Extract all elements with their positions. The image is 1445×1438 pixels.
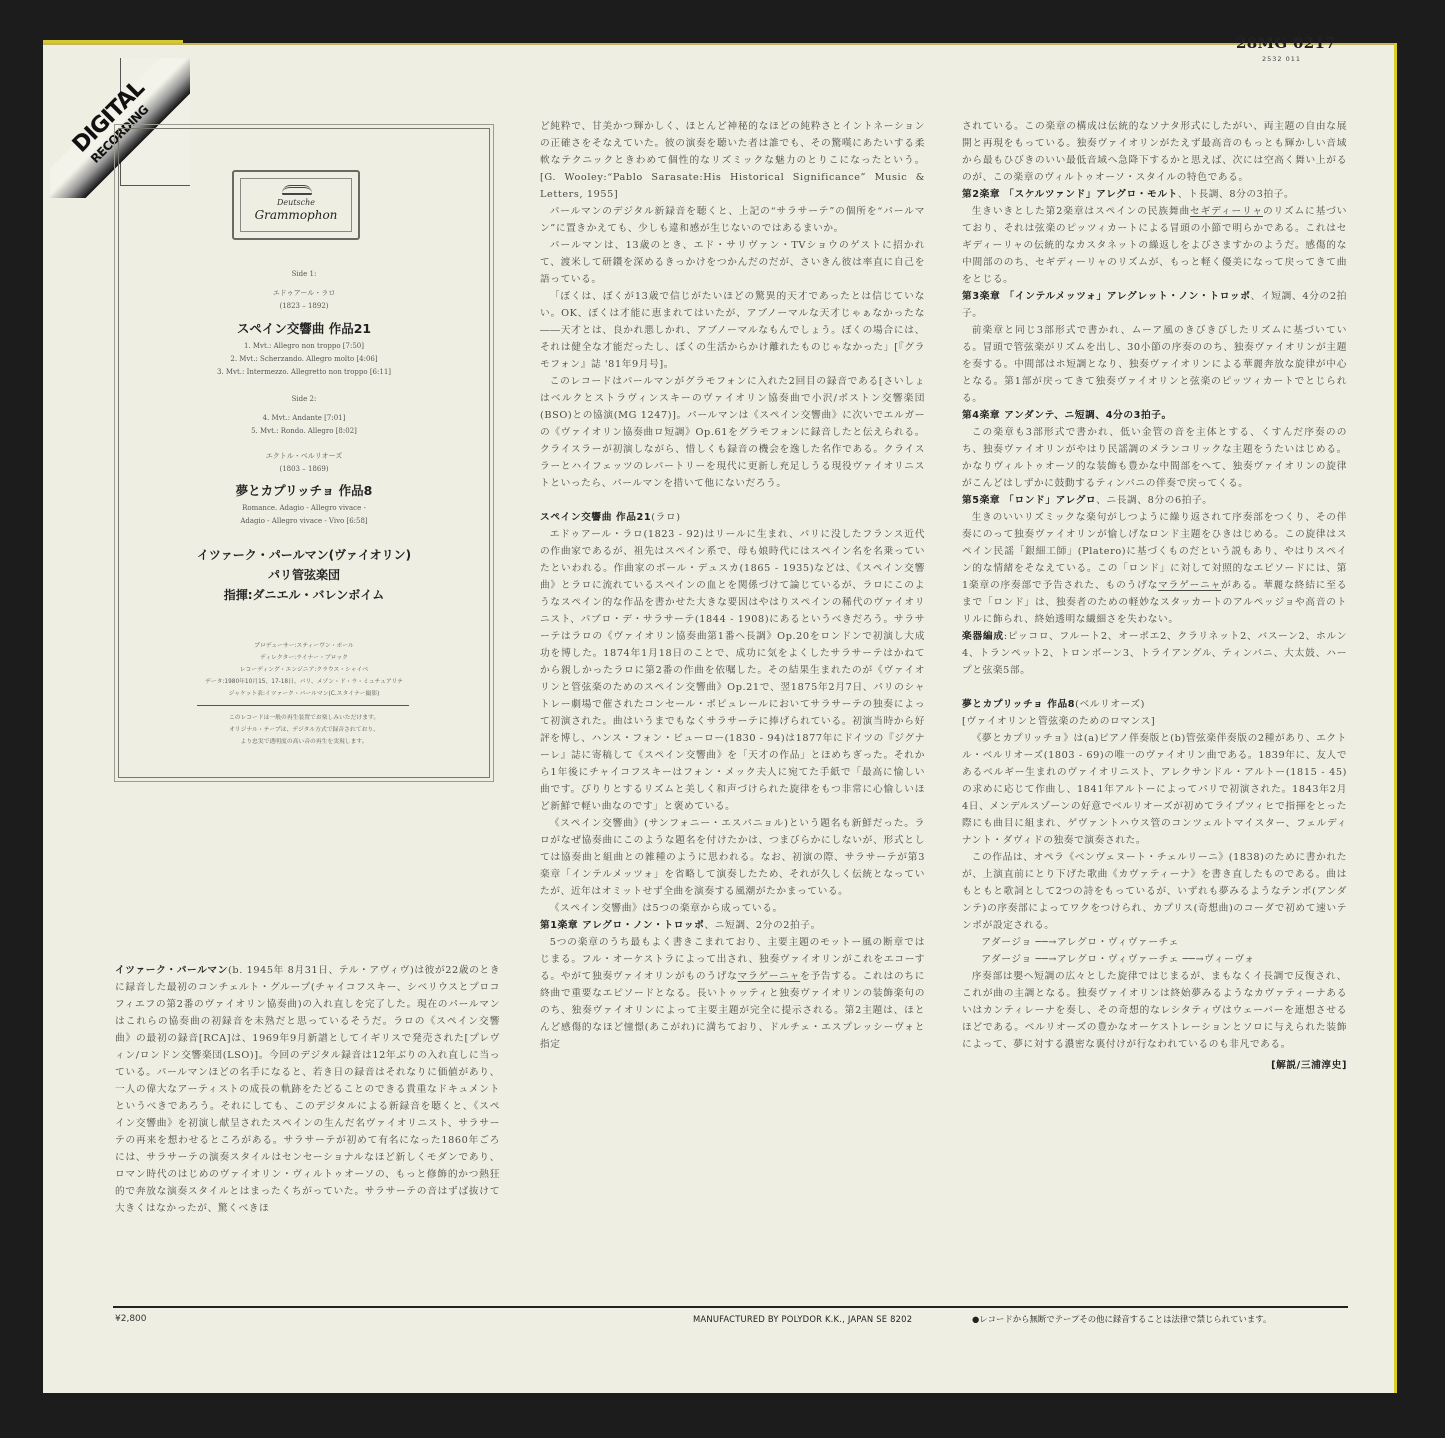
paragraph: 前楽章と同じ3部形式で書かれ、ムーア風のきびきびしたリズムに基づいている。冒頭で… <box>962 322 1347 407</box>
paragraph: パールマンのデジタル新録音を聴くと、上記の“サラサーテ”の個所を“パールマン”に… <box>540 203 925 237</box>
movement-5-heading: 第5楽章 「ロンド」アレグロ <box>962 495 1096 506</box>
section-heading-suffix: (ラロ) <box>651 512 680 523</box>
copyright-warning: ●レコードから無断でテープその他に録音することは法律で禁じられています。 <box>972 1313 1271 1325</box>
movement-1-suffix: 、ニ短調、2分の2拍子。 <box>704 920 820 931</box>
bio-body: (b. 1945年 8月31日、テル・アヴィヴ)は彼が22歳のときに録音した最初… <box>115 965 500 1214</box>
side1-label: Side 1: <box>119 268 489 280</box>
catalog-block: 28MG 0217 2532 011 <box>1236 34 1336 63</box>
side1-track: 3. Mvt.: Intermezzo. Allegretto non trop… <box>119 366 489 378</box>
section-heading-berlioz: 夢とカプリッチョ 作品8 <box>962 699 1075 710</box>
paragraph: 序奏部は嬰ヘ短調の広々とした旋律ではじまるが、まもなくイ長調で反復され、これが曲… <box>962 968 1347 1053</box>
credit-line: ディレクター:ライナー・ブロック <box>119 653 489 664</box>
liner-notes-column-a: ど純粋で、甘美かつ輝かしく、ほとんど神秘的なほどの純粋さとイントネーションの正確… <box>540 118 925 1053</box>
side2-track: 5. Mvt.: Rondo. Allegro [8:02] <box>119 425 489 437</box>
side1-track: 2. Mvt.: Scherzando. Allegro molto [4:06… <box>119 353 489 365</box>
tulip-crown-icon <box>282 185 312 195</box>
movement-5-suffix: 、ニ長調、8分の6拍子。 <box>1096 495 1212 506</box>
work2-title: 夢とカプリッチョ 作品8 <box>119 481 489 499</box>
price: ¥2,800 <box>115 1314 147 1324</box>
credit-line: ジャケット表:イツァーク・パールマン(C.スタイナー撮影) <box>119 689 489 700</box>
logo-line1: Deutsche <box>234 198 358 207</box>
performer-bio: イツァーク・パールマン(b. 1945年 8月31日、テル・アヴィヴ)は彼が22… <box>115 962 500 1217</box>
movement-2-heading: 第2楽章 「スケルツァンド」アレグロ・モルト <box>962 189 1178 200</box>
catalog-number: 28MG 0217 <box>1236 34 1336 52</box>
bio-lead: イツァーク・パールマン <box>115 965 228 976</box>
underlined-term: マラゲーニャ <box>738 971 801 982</box>
dg-logo: Deutsche Grammophon <box>232 170 360 240</box>
instrumentation-heading: 楽器編成 <box>962 631 1004 642</box>
composer2: エクトル・ベルリオーズ <box>119 450 489 462</box>
work1-title: スペイン交響曲 作品21 <box>119 319 489 337</box>
movement-1-heading: 第1楽章 アレグロ・ノン・トロッポ <box>540 920 704 931</box>
credit-line: レコーディング・エンジニア:クラウス・シャイベ <box>119 665 489 676</box>
paragraph: されている。この楽章の構成は伝統的なソナタ形式にしたがい、両主題の自由な展開と再… <box>962 118 1347 186</box>
paragraph: ど純粋で、甘美かつ輝かしく、ほとんど神秘的なほどの純粋さとイントネーションの正確… <box>540 118 925 203</box>
manufacturer-line: MANUFACTURED BY POLYDOR K.K., JAPAN SE 8… <box>693 1314 912 1324</box>
composer1: エドゥアール・ラロ <box>119 287 489 299</box>
section-heading-lalo: スペイン交響曲 作品21 <box>540 512 651 523</box>
side2-label: Side 2: <box>119 393 489 405</box>
notice-line: このレコードは一般の再生装置でお楽しみいただけます。 <box>119 713 489 724</box>
work2-line: Adagio - Allegro vivace - Vivo [6:58] <box>119 515 489 527</box>
performer-soloist: イツァーク・パールマン(ヴァイオリン) <box>119 545 489 565</box>
underlined-term: マラゲーニャ <box>1158 580 1221 591</box>
tempo-scheme: アダージョ ──→アレグロ・ヴィヴァーチェ <box>962 934 1347 951</box>
performer-orchestra: パリ管弦楽団 <box>119 565 489 585</box>
composer1-years: (1823 – 1892) <box>119 300 489 312</box>
paragraph: このレコードはパールマンがグラモフォンに入れた2回目の録音である[さいしょはベル… <box>540 373 925 492</box>
paragraph: 《夢とカプリッチョ》は(a)ピアノ伴奏版と(b)管弦楽伴奏版の2種があり、エクト… <box>962 730 1347 849</box>
paragraph-part: 生きいきとした第2楽章はスペインの民族舞曲 <box>972 206 1190 217</box>
performer-conductor: 指揮:ダニエル・バレンボイム <box>119 585 489 605</box>
side2-track: 4. Mvt.: Andante [7:01] <box>119 412 489 424</box>
composer2-years: (1803 – 1869) <box>119 463 489 475</box>
footer-rule <box>113 1306 1348 1308</box>
instrumentation-list: :ピッコロ、フルート2、オーボエ2、クラリネット2、バスーン2、ホルン4、トラン… <box>962 631 1347 676</box>
paragraph: パールマンは、13歳のとき、エド・サリヴァン・TVショウのゲストに招かれて、渡米… <box>540 237 925 288</box>
notice-line: オリジナル・テープは、デジタル方式で録音されており、 <box>119 725 489 736</box>
paragraph-part: を予告する。これはのちに終曲で重要なエピソードとなる。長いトゥッティと独奏ヴァイ… <box>540 971 925 1050</box>
paragraph-part: のリズムに基づいており、それは弦楽のピッツィカートによる冒頭の小節で明らかである… <box>962 206 1347 285</box>
movement-3-heading: 第3楽章 「インテルメッツォ」アレグレット・ノン・トロッポ <box>962 291 1251 302</box>
credit-line: プロデューサー:スティーヴン・ポール <box>119 641 489 652</box>
movement-4-heading: 第4楽章 アンダンテ、ニ短調、4分の3拍子。 <box>962 410 1172 421</box>
paragraph: 《スペイン交響曲》は5つの楽章から成っている。 <box>540 900 925 917</box>
credits-divider <box>197 705 409 706</box>
notice-line: より忠実で透明度の高い音の再生を実現します。 <box>119 737 489 748</box>
paragraph: この作品は、オペラ《ベンヴェヌート・チェルリーニ》(1838)のために書かれたが… <box>962 849 1347 934</box>
liner-notes-column-b: されている。この楽章の構成は伝統的なソナタ形式にしたがい、両主題の自由な展開と再… <box>962 118 1347 1074</box>
logo-line2: Grammophon <box>234 208 358 222</box>
paragraph: エドゥアール・ラロ(1823 - 92)はリールに生まれ、パリに没したフランス近… <box>540 526 925 815</box>
catalog-sub: 2532 011 <box>1262 55 1336 63</box>
underlined-term: セギディーリャ <box>1190 206 1263 217</box>
tempo-scheme: アダージョ ──→アレグロ・ヴィヴァーチェ ──→ヴィーヴォ <box>962 951 1347 968</box>
work2-subtitle: [ヴァイオリンと管弦楽のためのロマンス] <box>962 713 1347 730</box>
credit-line: データ:1980年10月15、17-18日、パリ、メゾン・ド・ラ・ミュチュアリテ <box>119 677 489 688</box>
tracklist-panel: Deutsche Grammophon Side 1: エドゥアール・ラロ (1… <box>118 128 490 778</box>
paragraph: 「ぼくは、ぼくが13歳で信じがたいほどの驚異的天才であったとは信じていない。OK… <box>540 288 925 373</box>
section-heading-suffix: (ベルリオーズ) <box>1075 699 1145 710</box>
side1-track: 1. Mvt.: Allegro non troppo [7:50] <box>119 340 489 352</box>
author-signature: [解説/三浦淳史] <box>1271 1060 1347 1071</box>
movement-2-suffix: 、ト長調、8分の3拍子。 <box>1178 189 1294 200</box>
paragraph: 《スペイン交響曲》(サンフォニー・エスパニョル)という題名も新鮮だった。ラロがな… <box>540 815 925 900</box>
work2-line: Romance. Adagio - Allegro vivace - <box>119 502 489 514</box>
paragraph: この楽章も3部形式で書かれ、低い金管の音を主体とする、くすんだ序奏ののち、独奏ヴ… <box>962 424 1347 492</box>
